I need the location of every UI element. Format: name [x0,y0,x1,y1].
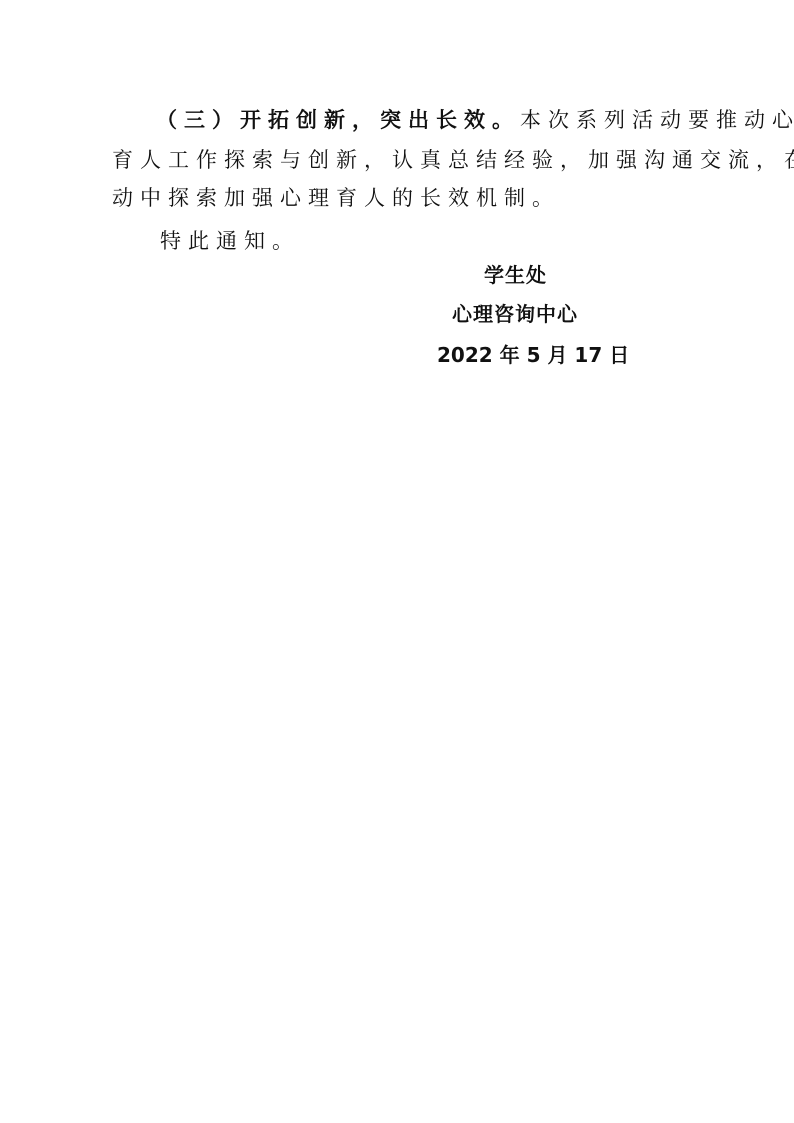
paragraph-text: 本次系列活动要推动心理 [520,108,794,132]
section-heading: （三）开拓创新，突出长效。 [156,108,520,132]
signature-dept-1: 学生处 [484,261,547,289]
signature-date: 2022 年 5 月 17 日 [437,341,629,369]
document-page: （三）开拓创新，突出长效。本次系列活动要推动心理 育人工作探索与创新，认真总结经… [0,0,794,1123]
closing-text: 特此通知。 [160,227,300,255]
paragraph-line-3: 动中探索加强心理育人的长效机制。 [112,184,560,212]
signature-dept-2: 心理咨询中心 [452,300,578,328]
paragraph-line-2: 育人工作探索与创新，认真总结经验，加强沟通交流，在活 [112,146,794,174]
paragraph-line-1: （三）开拓创新，突出长效。本次系列活动要推动心理 [156,106,794,134]
